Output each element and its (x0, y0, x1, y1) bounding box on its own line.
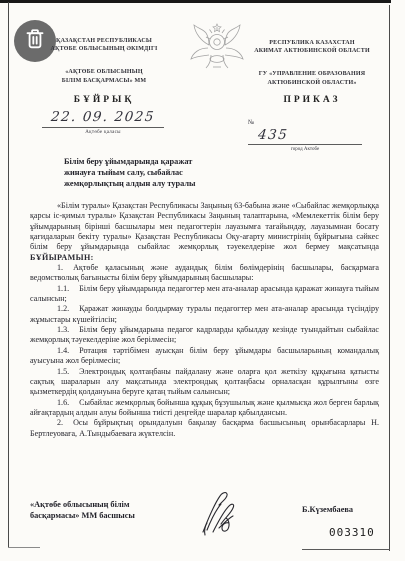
order-item: 1.3.Білім беру ұйымдарына педагог кадрла… (30, 325, 379, 346)
org-name-kazakh-main: ҚАЗАҚСТАН РЕСПУБЛИКАСЫ АҚТӨБЕ ОБЛЫСЫНЫҢ … (28, 37, 180, 54)
registration-stamp-number: 003310 (329, 526, 375, 539)
scan-edge-left-foot (8, 547, 40, 548)
number-sign: № (248, 119, 258, 126)
order-item: 1.4.Ротация тәртібімен ауысқан білім бер… (30, 346, 379, 367)
order-item: 1.1.Білім беру ұйымдарында педагогтер ме… (30, 284, 379, 305)
order-item: 1.Ақтөбе қаласының және аудандық білім б… (30, 263, 379, 284)
item-text: Осы бұйрықтың орындалуын бақылау басқарм… (30, 418, 379, 437)
item-number: 1.5. (57, 367, 79, 376)
order-subject: Білім беру ұйымдарында қаражат жинауға т… (64, 156, 234, 189)
order-item: 1.6.Сыбайлас жемқорлық бойынша құқық бұз… (30, 398, 379, 419)
order-word-russian: ПРИКАЗ (238, 95, 386, 105)
item-number: 2. (57, 418, 73, 427)
signatory-name: Б.Күзембаева (302, 505, 353, 514)
order-number-caption: город Актобе (248, 147, 362, 152)
scan-edge-right (389, 5, 390, 551)
order-word-kazakh: БҰЙРЫҚ (28, 95, 180, 105)
item-number: 1.6. (57, 398, 79, 407)
resolve-word: БҰЙЫРАМЫН: (30, 253, 94, 262)
org-name-russian-main: РЕСПУБЛИКА КАЗАХСТАН АКИМАТ АКТЮБИНСКОЙ … (238, 39, 386, 56)
org-name-russian: РЕСПУБЛИКА КАЗАХСТАН АКИМАТ АКТЮБИНСКОЙ … (238, 30, 386, 96)
scanned-order-document: ҚАЗАҚСТАН РЕСПУБЛИКАСЫ АҚТӨБЕ ОБЛЫСЫНЫҢ … (0, 0, 405, 561)
order-number-handwritten: 435 (257, 127, 289, 143)
order-date-block: 22. 09. 2025 Ақтөбе қаласы (42, 108, 164, 135)
order-number-block: №435 город Актобе (248, 108, 368, 152)
order-item: 1.5.Электрондық қолтаңбаны пайдалану жән… (30, 367, 379, 398)
order-date-handwritten: 22. 09. 2025 (50, 109, 156, 125)
item-number: 1.4. (57, 346, 79, 355)
item-text: Ротация тәртібімен ауысқан білім беру ұй… (30, 346, 379, 365)
scan-edge-top (0, 0, 391, 3)
org-name-kazakh-sub: «АҚТӨБЕ ОБЛЫСЫНЫҢ БІЛІМ БАСҚАРМАСЫ» ММ (28, 68, 180, 85)
item-text: Сыбайлас жемқорлық бойынша құқық бұзушыл… (30, 398, 379, 417)
item-text: Қаражат жинауды болдырмау туралы педагог… (30, 304, 379, 323)
item-number: 1. (57, 263, 73, 272)
preamble-paragraph: «Білім туралы» Қазақстан Республикасы За… (30, 201, 379, 263)
order-item: 1.2.Қаражат жинауды болдырмау туралы пед… (30, 304, 379, 325)
signature-scribble (193, 488, 241, 538)
order-date-line: 22. 09. 2025 (42, 108, 164, 128)
item-text: Білім беру ұйымдарына педагог кадрларды … (30, 325, 379, 344)
org-name-kazakh: ҚАЗАҚСТАН РЕСПУБЛИКАСЫ АҚТӨБЕ ОБЛЫСЫНЫҢ … (28, 28, 180, 94)
item-number: 1.3. (57, 325, 79, 334)
item-text: Білім беру ұйымдарында педагогтер мен ат… (30, 284, 379, 303)
item-text: Электрондық қолтаңбаны пайдалану және ол… (30, 367, 379, 397)
order-date-caption: Ақтөбе қаласы (42, 130, 164, 135)
scan-edge-bottom (302, 549, 390, 550)
preamble-text: «Білім туралы» Қазақстан Республикасы За… (30, 201, 379, 251)
item-number: 1.2. (57, 304, 79, 313)
order-number-line: 435 (248, 126, 362, 145)
scan-edge-left (8, 2, 9, 547)
org-name-russian-sub: ГУ «УПРАВЛЕНИЕ ОБРАЗОВАНИЯ АКТЮБИНСКОЙ О… (238, 70, 386, 87)
item-text: Ақтөбе қаласының және аудандық білім бөл… (30, 263, 379, 282)
signatory-org: «Ақтөбе облысының білім басқармасы» ММ б… (30, 500, 180, 521)
order-item: 2.Осы бұйрықтың орындалуын бақылау басқа… (30, 418, 379, 439)
order-body: «Білім туралы» Қазақстан Республикасы За… (30, 201, 379, 439)
item-number: 1.1. (57, 284, 79, 293)
